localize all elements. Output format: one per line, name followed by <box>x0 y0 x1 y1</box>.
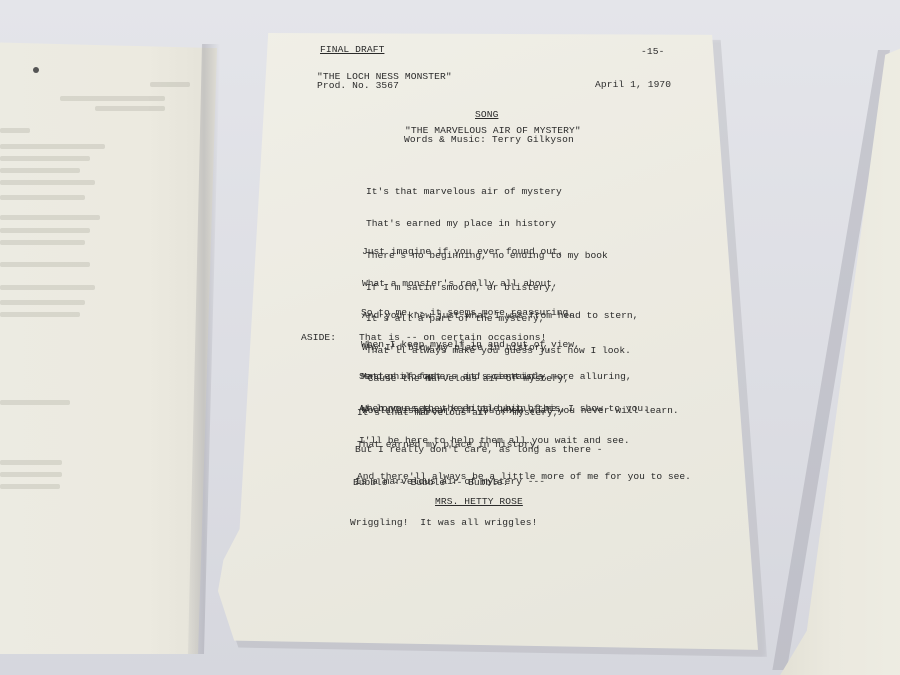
faded-text <box>0 300 85 305</box>
faded-text <box>0 484 60 489</box>
faded-text <box>95 106 165 111</box>
faded-text <box>0 472 62 477</box>
faded-text <box>0 168 80 173</box>
faded-text <box>0 128 30 133</box>
faded-text <box>0 215 100 220</box>
lyric-line: Bubble -- Bubble -- Bubble. <box>353 478 508 489</box>
draft-label: FINAL DRAFT <box>320 45 384 56</box>
lyric-line: Send philosophers and scientists, <box>359 372 630 383</box>
lyric-line: So to me -- it seems more reassuring, <box>361 308 649 319</box>
photo-scene: FINAL DRAFT -15- "THE LOCH NESS MONSTER"… <box>0 0 900 675</box>
page-number: -15- <box>641 47 664 58</box>
lyric-line: It's that marvelous air of mystery, <box>357 408 691 419</box>
faded-text <box>0 240 85 245</box>
production-number: Prod. No. 3567 <box>317 81 399 92</box>
song-heading: SONG <box>475 110 498 121</box>
faded-text <box>0 180 95 185</box>
character-name: MRS. HETTY ROSE <box>435 497 523 508</box>
lyric-line: Just imagine if you ever found out, <box>362 247 679 258</box>
faded-text <box>0 228 90 233</box>
left-script-page <box>0 42 217 654</box>
faded-text <box>0 312 80 317</box>
faded-text <box>0 156 90 161</box>
faded-text <box>150 82 190 87</box>
faded-text <box>0 460 62 465</box>
character-dialogue: Wriggling! It was all wriggles! <box>350 518 537 529</box>
aside-label: ASIDE: <box>301 333 336 344</box>
faded-text <box>60 96 165 101</box>
faded-text <box>0 285 95 290</box>
draft-date: April 1, 1970 <box>595 80 671 91</box>
faded-text <box>0 195 85 200</box>
faded-text <box>0 262 90 267</box>
song-credits: Words & Music: Terry Gilkyson <box>404 135 574 146</box>
aside-text: That is -- on certain occasions! <box>359 333 546 344</box>
lyric-line: It's that marvelous air of mystery <box>366 187 631 198</box>
lyric-line: But I really don't care, as long as ther… <box>355 445 603 456</box>
punch-hole <box>33 67 39 73</box>
faded-text <box>0 400 70 405</box>
faded-text <box>0 144 105 149</box>
